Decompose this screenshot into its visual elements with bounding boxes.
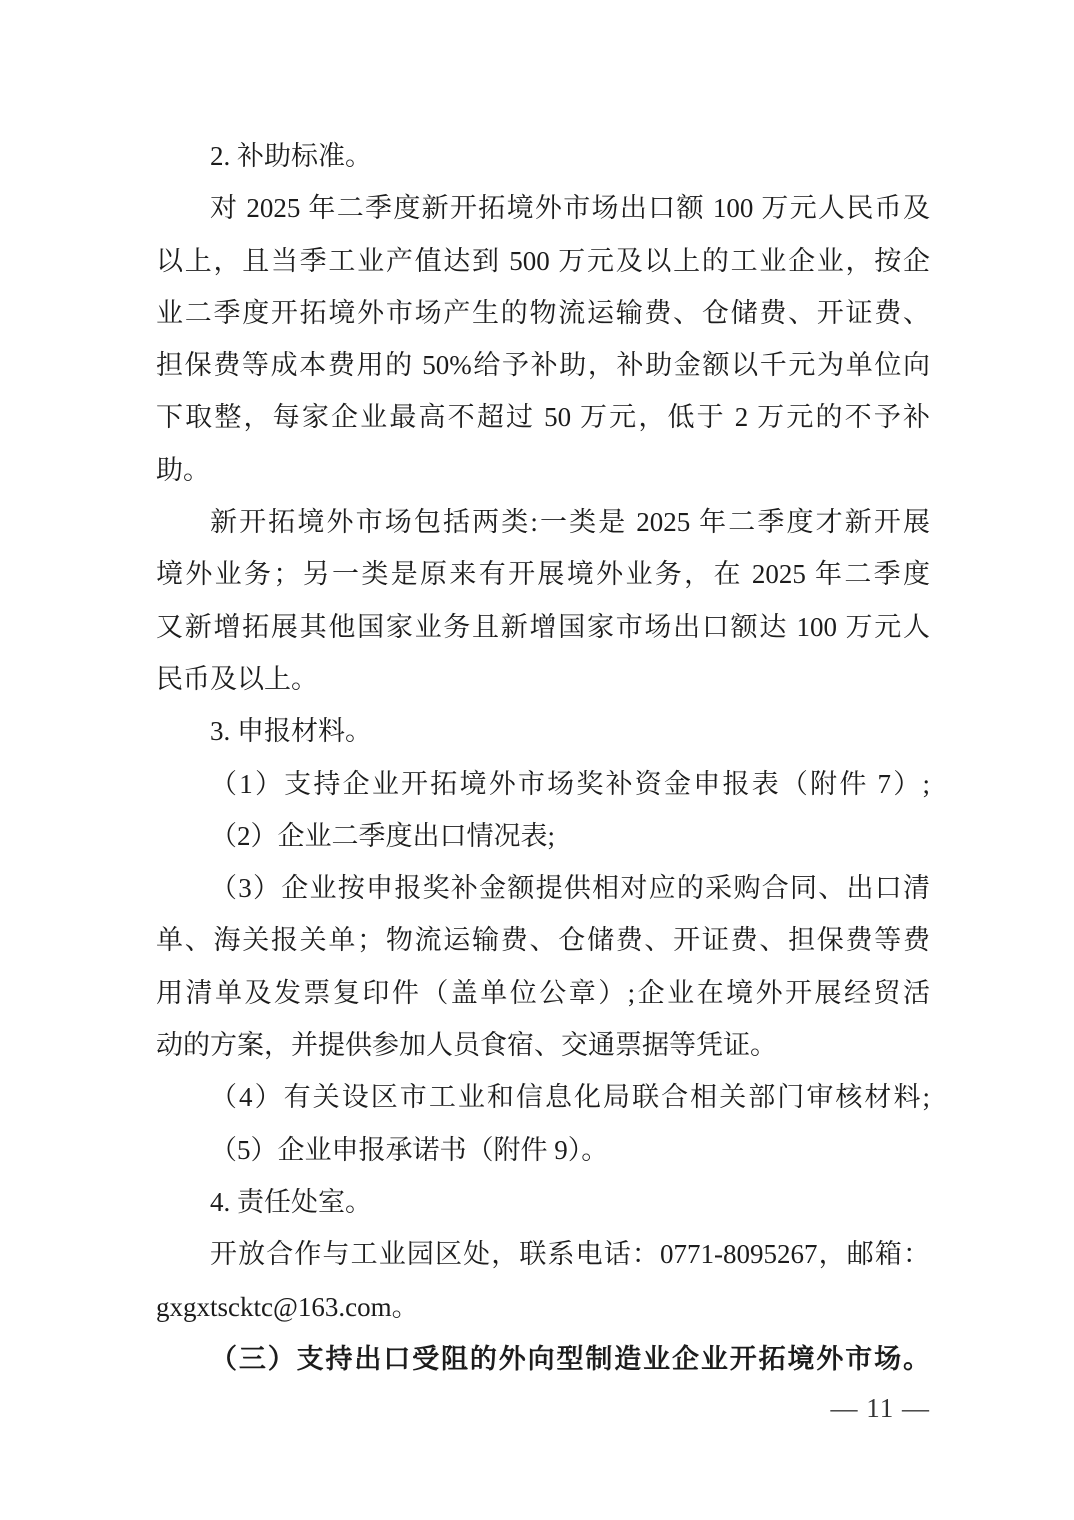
text-line: 4. 责任处室。: [156, 1176, 930, 1228]
para-material-2: （2）企业二季度出口情况表;: [156, 810, 930, 862]
document-body: 2. 补助标准。对 2025 年二季度新开拓境外市场出口额 100 万元人民币及…: [156, 130, 930, 1385]
text-line: 业二季度开拓境外市场产生的物流运输费、仓储费、开证费、: [156, 287, 930, 339]
para-3-application-materials-heading: 3. 申报材料。: [156, 705, 930, 757]
text-line: 对 2025 年二季度新开拓境外市场出口额 100 万元人民币及: [156, 182, 930, 234]
text-line: 助。: [156, 444, 930, 496]
text-line: （三）支持出口受阻的外向型制造业企业开拓境外市场。: [156, 1333, 930, 1385]
document-page: 2. 补助标准。对 2025 年二季度新开拓境外市场出口额 100 万元人民币及…: [0, 0, 1074, 1520]
para-section-3-heading: （三）支持出口受阻的外向型制造业企业开拓境外市场。: [156, 1333, 930, 1385]
para-responsible-office-contact: 开放合作与工业园区处，联系电话：0771-8095267，邮箱：gxgxtsck…: [156, 1228, 930, 1333]
para-4-responsible-office-heading: 4. 责任处室。: [156, 1176, 930, 1228]
page-number: — 11 —: [831, 1393, 931, 1424]
para-material-5: （5）企业申报承诺书（附件 9）。: [156, 1124, 930, 1176]
text-line: 开放合作与工业园区处，联系电话：0771-8095267，邮箱：: [156, 1228, 930, 1280]
text-line: gxgxtscktc@163.com。: [156, 1281, 930, 1333]
text-line: 新开拓境外市场包括两类:一类是 2025 年二季度才新开展: [156, 496, 930, 548]
para-subsidy-standard-body: 对 2025 年二季度新开拓境外市场出口额 100 万元人民币及以上，且当季工业…: [156, 182, 930, 496]
text-line: 动的方案，并提供参加人员食宿、交通票据等凭证。: [156, 1019, 930, 1071]
text-line: （4）有关设区市工业和信息化局联合相关部门审核材料;: [156, 1071, 930, 1123]
text-line: 以上，且当季工业产值达到 500 万元及以上的工业企业，按企: [156, 235, 930, 287]
text-line: 民币及以上。: [156, 653, 930, 705]
para-2-subsidy-standard-heading: 2. 补助标准。: [156, 130, 930, 182]
text-line: （3）企业按申报奖补金额提供相对应的采购合同、出口清: [156, 862, 930, 914]
text-line: 2. 补助标准。: [156, 130, 930, 182]
text-line: （1）支持企业开拓境外市场奖补资金申报表（附件 7）;: [156, 758, 930, 810]
text-line: 用清单及发票复印件（盖单位公章）;企业在境外开展经贸活: [156, 967, 930, 1019]
text-line: 下取整，每家企业最高不超过 50 万元，低于 2 万元的不予补: [156, 391, 930, 443]
text-line: 又新增拓展其他国家业务且新增国家市场出口额达 100 万元人: [156, 601, 930, 653]
para-new-market-definition: 新开拓境外市场包括两类:一类是 2025 年二季度才新开展境外业务；另一类是原来…: [156, 496, 930, 705]
text-line: 3. 申报材料。: [156, 705, 930, 757]
text-line: （2）企业二季度出口情况表;: [156, 810, 930, 862]
text-line: （5）企业申报承诺书（附件 9）。: [156, 1124, 930, 1176]
para-material-1: （1）支持企业开拓境外市场奖补资金申报表（附件 7）;: [156, 758, 930, 810]
text-line: 担保费等成本费用的 50%给予补助，补助金额以千元为单位向: [156, 339, 930, 391]
text-line: 境外业务；另一类是原来有开展境外业务，在 2025 年二季度: [156, 548, 930, 600]
para-material-4: （4）有关设区市工业和信息化局联合相关部门审核材料;: [156, 1071, 930, 1123]
para-material-3: （3）企业按申报奖补金额提供相对应的采购合同、出口清单、海关报关单；物流运输费、…: [156, 862, 930, 1071]
text-line: 单、海关报关单；物流运输费、仓储费、开证费、担保费等费: [156, 914, 930, 966]
